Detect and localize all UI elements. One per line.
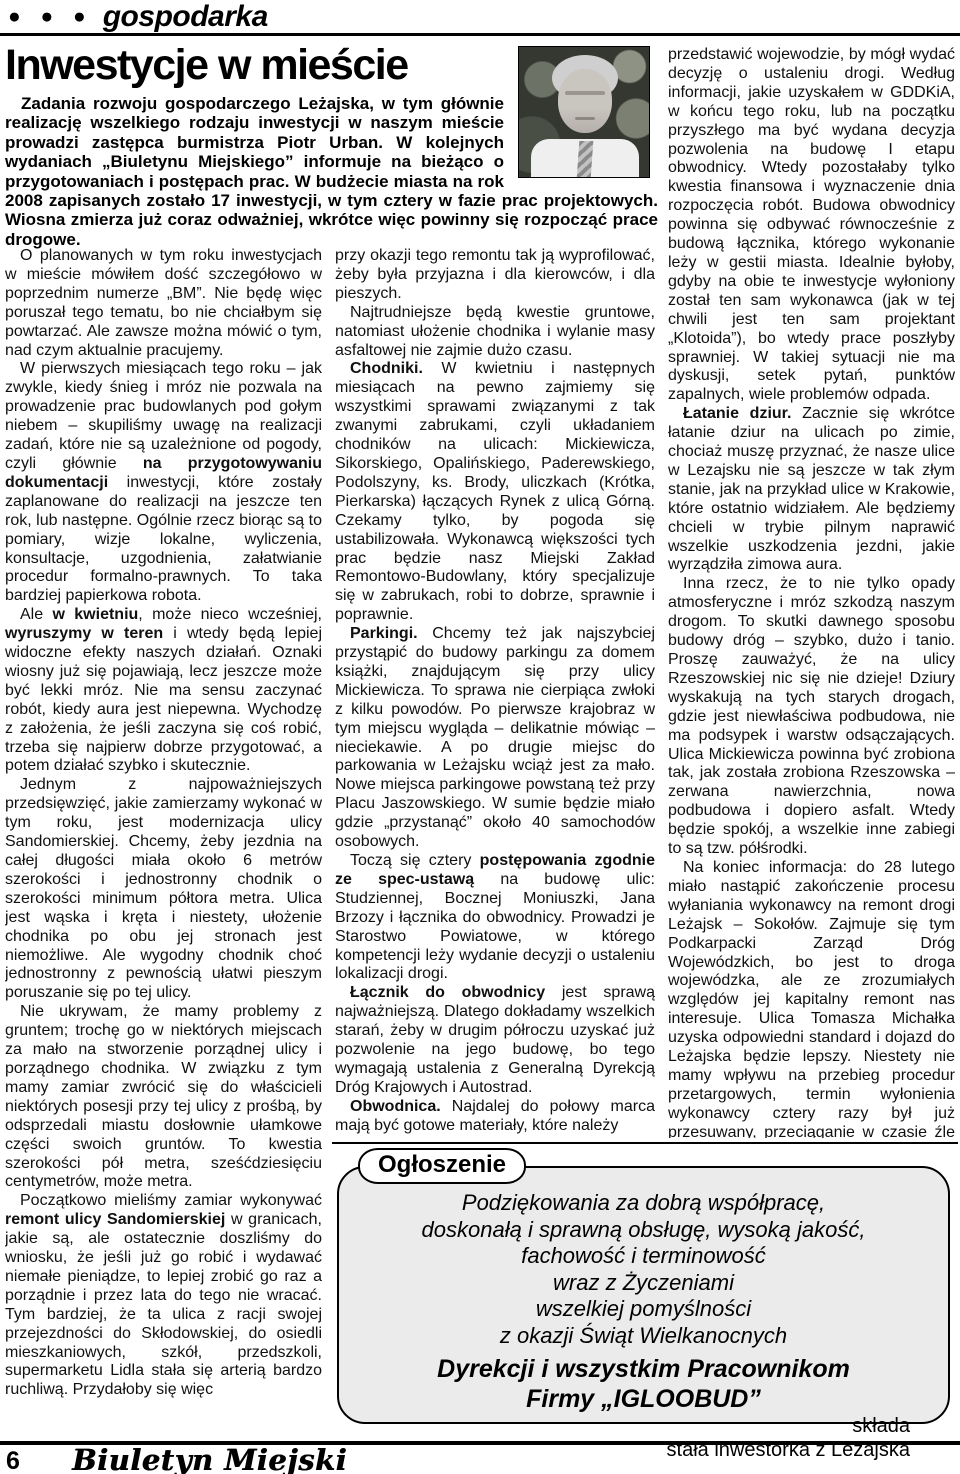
paragraph: Nie ukrywam, że mamy problemy z gruntem;… xyxy=(5,1003,322,1192)
column-left: O planowanych w tym roku inwestycjach w … xyxy=(5,247,322,1437)
portrait-face xyxy=(558,69,612,133)
portrait-photo xyxy=(518,46,650,178)
announcement-line: wszelkiej pomyślności xyxy=(339,1296,948,1323)
headline-block: Inwestycje w mieście Zadania rozwoju gos… xyxy=(5,40,658,249)
paragraph: O planowanych w tym roku inwestycjach w … xyxy=(5,247,322,360)
announcement-label: Ogłoszenie xyxy=(358,1148,526,1184)
announcement-separator-rule xyxy=(332,1142,958,1144)
announcement-line: składa xyxy=(339,1414,948,1438)
paragraph: Łącznik do obwodnicy jest sprawą najważn… xyxy=(335,984,655,1097)
paragraph: Toczą się cztery postępowania zgodnie ze… xyxy=(335,852,655,984)
announcement-line: wraz z Życzeniami xyxy=(339,1270,948,1297)
bullets-icon: ● ● ● xyxy=(8,0,93,33)
paragraph: przedstawić wojewodzie, by mógł wydać de… xyxy=(668,46,955,405)
paragraph: Początkowo mieliśmy zamiar wykonywać rem… xyxy=(5,1192,322,1400)
paragraph: W pierwszych miesiącach tego roku – jak … xyxy=(5,360,322,606)
announcement-line: doskonałą i sprawną obsługę, wysoką jako… xyxy=(339,1217,948,1244)
paragraph: Parkingi. Chcemy też jak najszybciej prz… xyxy=(335,625,655,852)
paragraph: Obwodnica. Najdalej do połowy marca mają… xyxy=(335,1098,655,1136)
announcement-line: Podziękowania za dobrą współpracę, xyxy=(339,1190,948,1217)
paragraph: Jednym z najpoważniejszych przedsięwzięć… xyxy=(5,776,322,1003)
paragraph: przy okazji tego remontu tak ją wyprofil… xyxy=(335,247,655,304)
paragraph: Najtrudniejsze będą kwestie gruntowe, na… xyxy=(335,304,655,361)
column-middle: przy okazji tego remontu tak ją wyprofil… xyxy=(335,247,655,1140)
portrait-glasses xyxy=(565,91,605,95)
section-rule xyxy=(0,33,960,36)
announcement-line: fachowość i terminowość xyxy=(339,1243,948,1270)
section-label: gospodarka xyxy=(103,0,268,34)
column-right: przedstawić wojewodzie, by mógł wydać de… xyxy=(668,46,955,1138)
paragraph: Na koniec informacja: do 28 lutego miało… xyxy=(668,859,955,1138)
portrait-tie xyxy=(577,141,594,178)
newsletter-page: ● ● ● gospodarka Inwestycje w mieście Za… xyxy=(0,0,960,1474)
announcement-line: Dyrekcji i wszystkim Pracownikom xyxy=(339,1354,948,1384)
announcement-box: Podziękowania za dobrą współpracę,doskon… xyxy=(337,1166,950,1424)
section-kicker: ● ● ● gospodarka xyxy=(8,0,268,33)
paragraph: Łatanie dziur. Zacznie się wkrótce łatan… xyxy=(668,405,955,575)
announcement-line: Firmy „IGLOOBUD” xyxy=(339,1384,948,1414)
paragraph: Chodniki. W kwietniu i następnych miesią… xyxy=(335,360,655,625)
publication-logo: Biuletyn Miejski xyxy=(72,1443,347,1474)
announcement-line: z okazji Świąt Wielkanocnych xyxy=(339,1323,948,1350)
portrait-mouth xyxy=(575,117,595,120)
paragraph: Ale w kwietniu, może nieco wcześniej, wy… xyxy=(5,606,322,776)
paragraph: Inna rzecz, że to nie tylko opady atmosf… xyxy=(668,575,955,859)
page-number: 6 xyxy=(6,1447,20,1474)
